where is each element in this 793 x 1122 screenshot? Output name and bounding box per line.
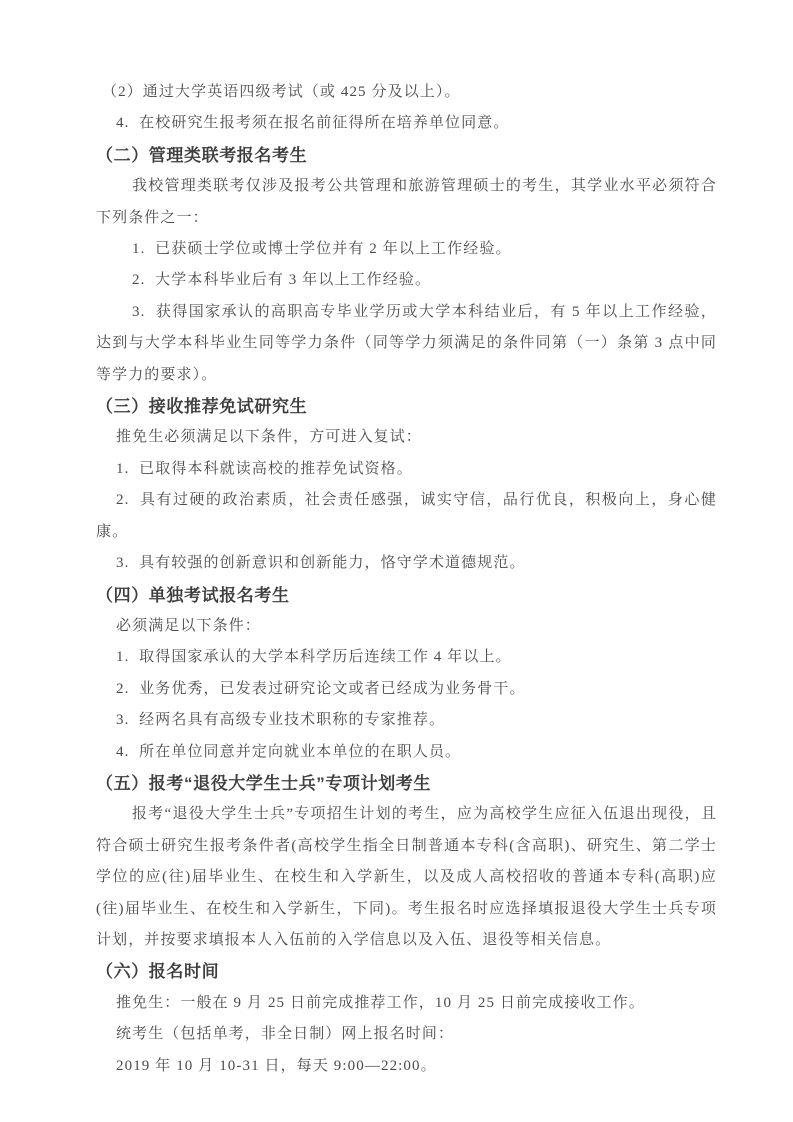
list-item: 2. 具有过硬的政治素质，社会责任感强，诚实守信，品行优良，积极向上，身心健康。 [96, 485, 717, 548]
section-heading: （二）管理类联考报名考生 [96, 140, 717, 171]
list-item: 1. 取得国家承认的大学本科学历后连续工作 4 年以上。 [96, 642, 717, 673]
document-section: （2）通过大学英语四级考试（或 425 分及以上）。4. 在校研究生报考须在报名… [96, 77, 717, 140]
paragraph: 必须满足以下条件： [96, 611, 717, 642]
document-section: （二）管理类联考报名考生我校管理类联考仅涉及报考公共管理和旅游管理硕士的考生，其… [96, 140, 717, 391]
section-heading: （四）单独考试报名考生 [96, 580, 717, 611]
list-item: 1. 已取得本科就读高校的推荐免试资格。 [96, 454, 717, 485]
list-item: 2. 大学本科毕业后有 3 年以上工作经验。 [96, 265, 717, 296]
list-item: 4. 在校研究生报考须在报名前征得所在培养单位同意。 [96, 108, 717, 139]
document-section: （三）接收推荐免试研究生推免生必须满足以下条件，方可进入复试：1. 已取得本科就… [96, 391, 717, 579]
list-item: 3. 具有较强的创新意识和创新能力，恪守学术道德规范。 [96, 548, 717, 579]
list-item: 4. 所在单位同意并定向就业本单位的在职人员。 [96, 737, 717, 768]
list-item: 1. 已获硕士学位或博士学位并有 2 年以上工作经验。 [96, 234, 717, 265]
section-heading: （三）接收推荐免试研究生 [96, 391, 717, 422]
document-page: （2）通过大学英语四级考试（或 425 分及以上）。4. 在校研究生报考须在报名… [0, 0, 793, 1122]
section-heading: （五）报考“退役大学生士兵”专项计划考生 [96, 768, 717, 799]
list-item: 2. 业务优秀，已发表过研究论文或者已经成为业务骨干。 [96, 674, 717, 705]
paragraph: 我校管理类联考仅涉及报考公共管理和旅游管理硕士的考生，其学业水平必须符合下列条件… [96, 171, 717, 234]
paragraph: 推免生必须满足以下条件，方可进入复试： [96, 422, 717, 453]
paragraph: 统考生（包括单考，非全日制）网上报名时间： [96, 1019, 717, 1050]
document-section: （五）报考“退役大学生士兵”专项计划考生报考“退役大学生士兵”专项招生计划的考生… [96, 768, 717, 956]
paragraph: 2019 年 10 月 10-31 日，每天 9:00—22:00。 [96, 1051, 717, 1082]
section-heading: （六）报名时间 [96, 956, 717, 987]
list-item: （2）通过大学英语四级考试（或 425 分及以上）。 [96, 77, 717, 108]
document-section: （四）单独考试报名考生必须满足以下条件：1. 取得国家承认的大学本科学历后连续工… [96, 580, 717, 768]
list-item: 3. 获得国家承认的高职高专毕业学历或大学本科结业后，有 5 年以上工作经验，达… [96, 297, 717, 391]
document-content: （2）通过大学英语四级考试（或 425 分及以上）。4. 在校研究生报考须在报名… [96, 77, 717, 1082]
list-item: 3. 经两名具有高级专业技术职称的专家推荐。 [96, 705, 717, 736]
document-section: （六）报名时间推免生：一般在 9 月 25 日前完成推荐工作，10 月 25 日… [96, 956, 717, 1082]
paragraph: 推免生：一般在 9 月 25 日前完成推荐工作，10 月 25 日前完成接收工作… [96, 988, 717, 1019]
paragraph: 报考“退役大学生士兵”专项招生计划的考生，应为高校学生应征入伍退出现役，且符合硕… [96, 799, 717, 956]
